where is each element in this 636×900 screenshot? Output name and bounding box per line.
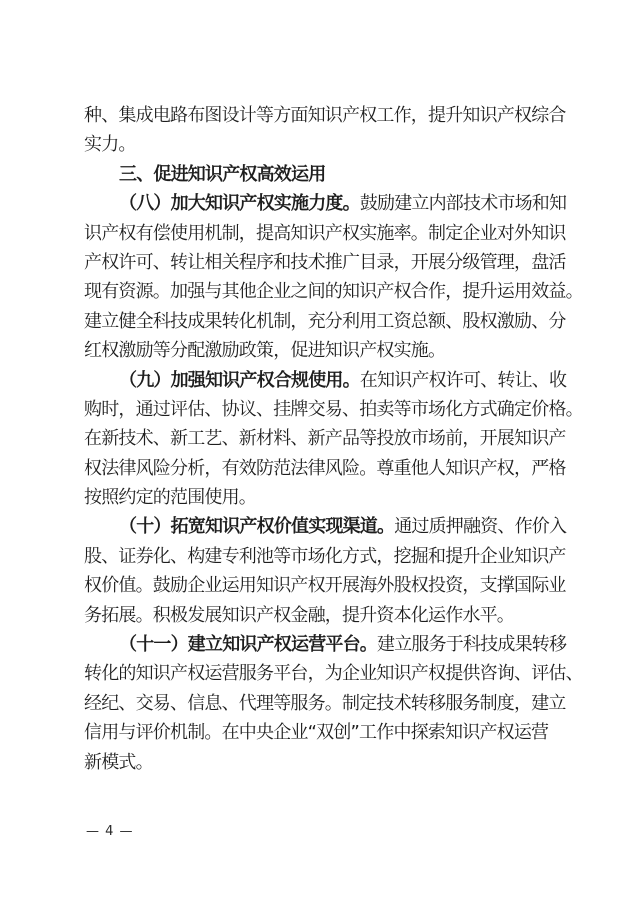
text-line: 现有资源。加强与其他企业之间的知识产权合作，提升运用效益。	[84, 277, 558, 306]
text-line: 信用与评价机制。在中央企业“双创”工作中探索知识产权运营	[84, 718, 558, 747]
text-segment: 经纪、交易、信息、代理等服务。制定技术转移服务制度，建立	[84, 693, 566, 714]
text-line: 红权激励等分配激励政策，促进知识产权实施。	[84, 336, 558, 365]
text-line: 务拓展。积极发展知识产权金融，提升资本化运作水平。	[84, 601, 558, 630]
text-segment: 产权许可、转让相关程序和技术推广目录，开展分级管理，盘活	[84, 252, 566, 273]
text-line: 转化的知识产权运营服务平台，为企业知识产权提供咨询、评估、	[84, 659, 558, 688]
lead-in-phrase: （十一）建立知识产权运营平台。	[119, 634, 377, 655]
paragraph-9: （九）加强知识产权合规使用。在知识产权许可、转让、收购时，通过评估、协议、挂牌交…	[84, 366, 558, 513]
text-segment: 实力。	[84, 134, 136, 155]
paragraph-continued: 种、集成电路布图设计等方面知识产权工作，提升知识产权综合实力。	[84, 101, 558, 160]
text-line: （八）加大知识产权实施力度。鼓励建立内部技术市场和知	[84, 189, 558, 218]
text-line: 种、集成电路布图设计等方面知识产权工作，提升知识产权综合	[84, 101, 558, 130]
text-line: 建立健全科技成果转化机制，充分利用工资总额、股权激励、分	[84, 307, 558, 336]
text-segment: 鼓励建立内部技术市场和知	[360, 193, 566, 214]
text-line: 购时，通过评估、协议、挂牌交易、拍卖等市场化方式确定价格。	[84, 395, 558, 424]
lead-in-phrase: （八）加大知识产权实施力度。	[119, 193, 360, 214]
text-segment: 权法律风险分析，有效防范法律风险。尊重他人知识产权，严格	[84, 458, 566, 479]
document-content: 种、集成电路布图设计等方面知识产权工作，提升知识产权综合实力。三、促进知识产权高…	[84, 101, 558, 777]
text-line: 股、证券化、构建专利池等市场化方式，挖掘和提升企业知识产	[84, 542, 558, 571]
text-line: 权法律风险分析，有效防范法律风险。尊重他人知识产权，严格	[84, 454, 558, 483]
text-segment: 务拓展。积极发展知识产权金融，提升资本化运作水平。	[84, 605, 514, 626]
section-heading: 三、促进知识产权高效运用	[84, 160, 558, 189]
text-line: 实力。	[84, 130, 558, 159]
paragraph-8: （八）加大知识产权实施力度。鼓励建立内部技术市场和知识产权有偿使用机制，提高知识…	[84, 189, 558, 365]
text-line: （九）加强知识产权合规使用。在知识产权许可、转让、收	[84, 366, 558, 395]
text-segment: 购时，通过评估、协议、挂牌交易、拍卖等市场化方式确定价格。	[84, 399, 583, 420]
text-segment: 权价值。鼓励企业运用知识产权开展海外股权投资，支撑国际业	[84, 575, 566, 596]
text-line: 新模式。	[84, 748, 558, 777]
page-number: — 4 —	[86, 824, 134, 839]
text-segment: 按照约定的范围使用。	[84, 487, 256, 508]
lead-in-phrase: （九）加强知识产权合规使用。	[119, 370, 360, 391]
text-line: 经纪、交易、信息、代理等服务。制定技术转移服务制度，建立	[84, 689, 558, 718]
text-segment: 新模式。	[84, 752, 153, 773]
paragraph-10: （十）拓宽知识产权价值实现渠道。通过质押融资、作价入股、证券化、构建专利池等市场…	[84, 512, 558, 630]
text-line: 权价值。鼓励企业运用知识产权开展海外股权投资，支撑国际业	[84, 571, 558, 600]
text-segment: 种、集成电路布图设计等方面知识产权工作，提升知识产权综合	[84, 105, 566, 126]
lead-in-phrase: （十）拓宽知识产权价值实现渠道。	[119, 516, 394, 537]
text-segment: 建立健全科技成果转化机制，充分利用工资总额、股权激励、分	[84, 311, 566, 332]
text-segment: 建立服务于科技成果转移	[377, 634, 566, 655]
text-segment: 红权激励等分配激励政策，促进知识产权实施。	[84, 340, 445, 361]
text-line: （十）拓宽知识产权价值实现渠道。通过质押融资、作价入	[84, 512, 558, 541]
text-line: 产权许可、转让相关程序和技术推广目录，开展分级管理，盘活	[84, 248, 558, 277]
text-segment: 股、证券化、构建专利池等市场化方式，挖掘和提升企业知识产	[84, 546, 566, 567]
text-line: 在新技术、新工艺、新材料、新产品等投放市场前，开展知识产	[84, 424, 558, 453]
text-segment: 现有资源。加强与其他企业之间的知识产权合作，提升运用效益。	[84, 281, 583, 302]
scanned-document-page: 种、集成电路布图设计等方面知识产权工作，提升知识产权综合实力。三、促进知识产权高…	[0, 0, 636, 900]
text-segment: 在新技术、新工艺、新材料、新产品等投放市场前，开展知识产	[84, 428, 566, 449]
text-segment: 转化的知识产权运营服务平台，为企业知识产权提供咨询、评估、	[84, 663, 583, 684]
paragraph-11: （十一）建立知识产权运营平台。建立服务于科技成果转移转化的知识产权运营服务平台，…	[84, 630, 558, 777]
lead-in-phrase: 三、促进知识产权高效运用	[119, 164, 325, 185]
text-segment: 信用与评价机制。在中央企业“双创”工作中探索知识产权运营	[84, 722, 548, 743]
text-line: 识产权有偿使用机制，提高知识产权实施率。制定企业对外知识	[84, 219, 558, 248]
text-line: 三、促进知识产权高效运用	[84, 160, 558, 189]
text-segment: 通过质押融资、作价入	[394, 516, 566, 537]
text-segment: 识产权有偿使用机制，提高知识产权实施率。制定企业对外知识	[84, 223, 566, 244]
text-line: （十一）建立知识产权运营平台。建立服务于科技成果转移	[84, 630, 558, 659]
text-line: 按照约定的范围使用。	[84, 483, 558, 512]
text-segment: 在知识产权许可、转让、收	[360, 370, 566, 391]
